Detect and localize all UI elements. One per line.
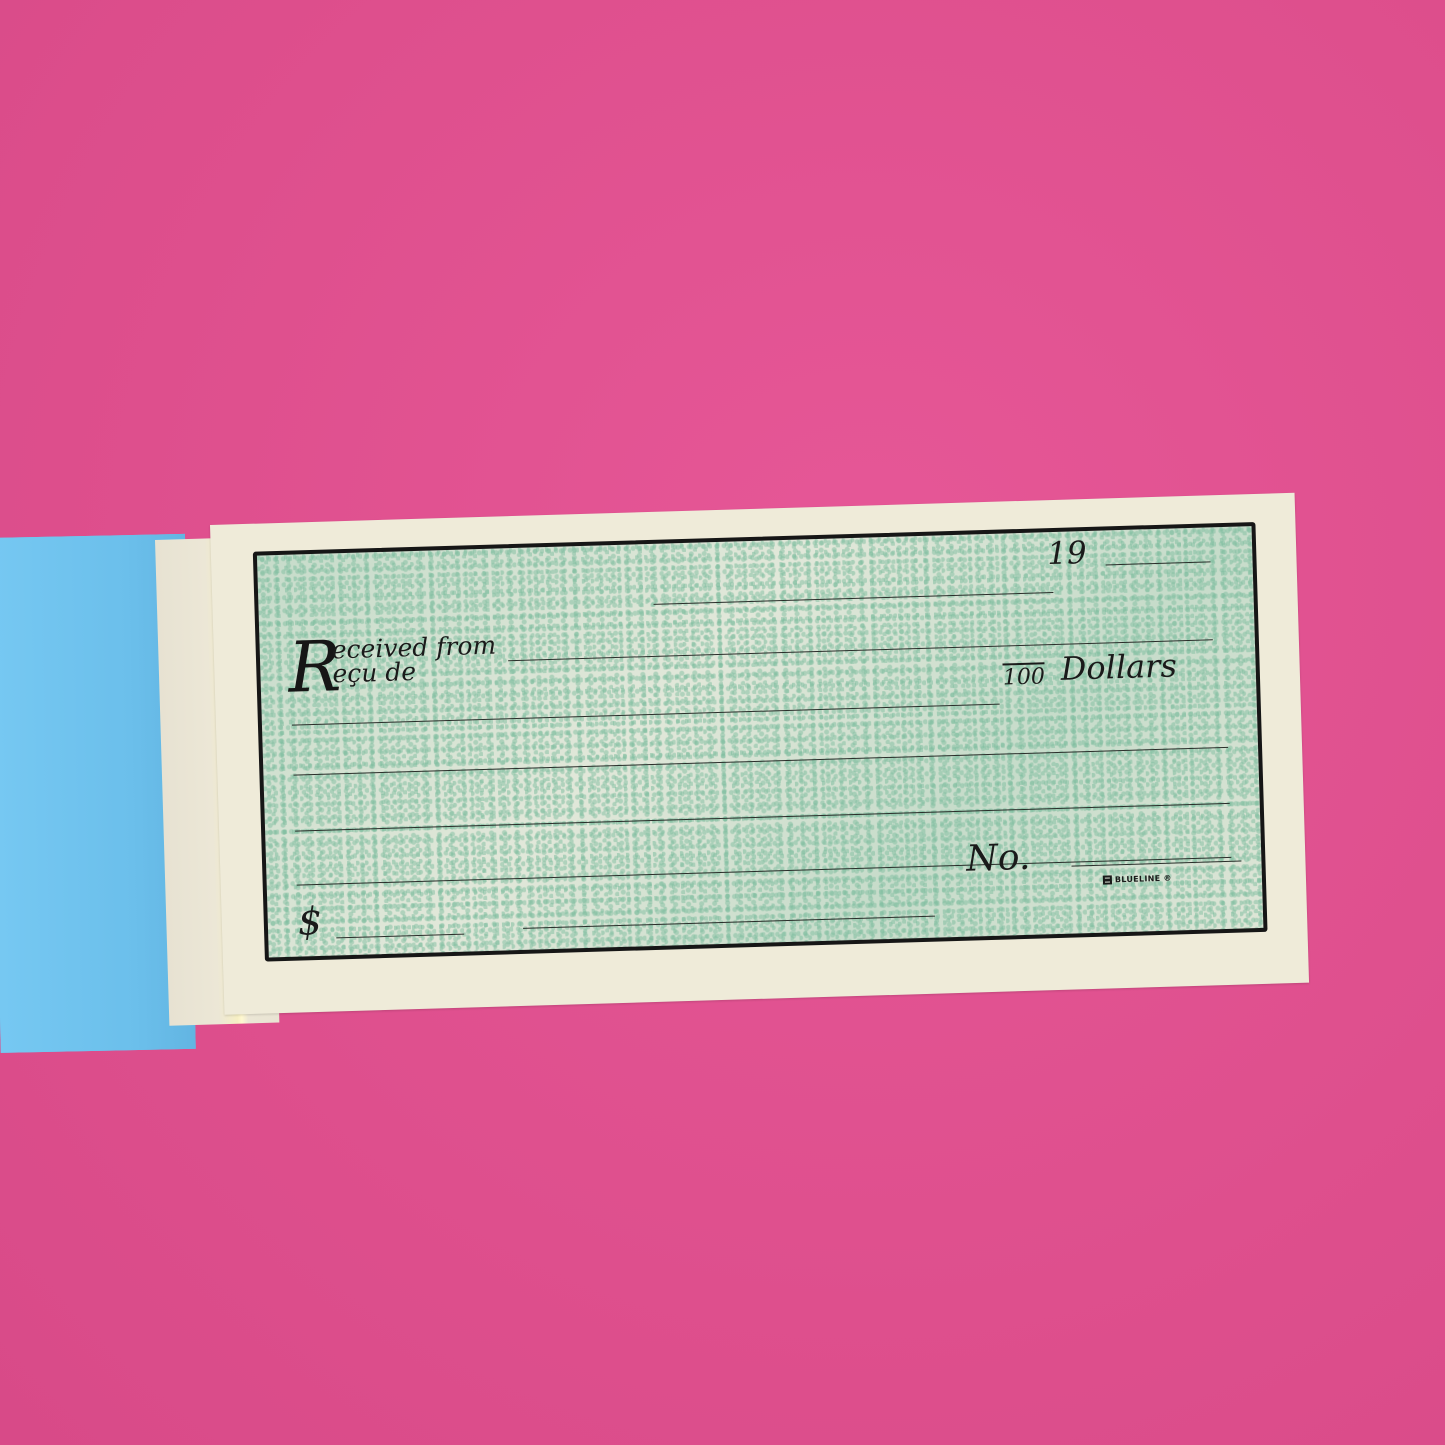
amount-line[interactable] bbox=[336, 934, 464, 939]
recu-de-label: eçu de bbox=[332, 657, 416, 688]
blueline-logo-icon bbox=[1103, 875, 1112, 884]
year-prefix: 19 bbox=[1047, 535, 1088, 572]
memo-line-1[interactable] bbox=[293, 747, 1228, 776]
signature-line[interactable] bbox=[523, 916, 935, 929]
receipt-frame: 19 R eceived from eçu de 100 Dollars No.… bbox=[253, 522, 1268, 962]
number-label: No. bbox=[966, 837, 1031, 880]
memo-line-3[interactable] bbox=[297, 857, 1232, 886]
receipt-book: 19 R eceived from eçu de 100 Dollars No.… bbox=[0, 0, 1445, 1445]
date-line[interactable] bbox=[654, 592, 1054, 605]
year-line[interactable] bbox=[1106, 561, 1211, 565]
brand-mark: ® bbox=[1163, 874, 1172, 883]
brand-logo: BLUELINE ® bbox=[1103, 874, 1172, 885]
amount-words-line[interactable] bbox=[292, 704, 1000, 726]
receipt-sheet: 19 R eceived from eçu de 100 Dollars No.… bbox=[210, 493, 1309, 1015]
dollars-label: Dollars bbox=[1060, 646, 1177, 687]
currency-symbol: $ bbox=[297, 899, 322, 944]
memo-line-2[interactable] bbox=[295, 803, 1230, 832]
brand-name: BLUELINE bbox=[1115, 874, 1161, 884]
fraction-denominator: 100 bbox=[1003, 664, 1046, 690]
